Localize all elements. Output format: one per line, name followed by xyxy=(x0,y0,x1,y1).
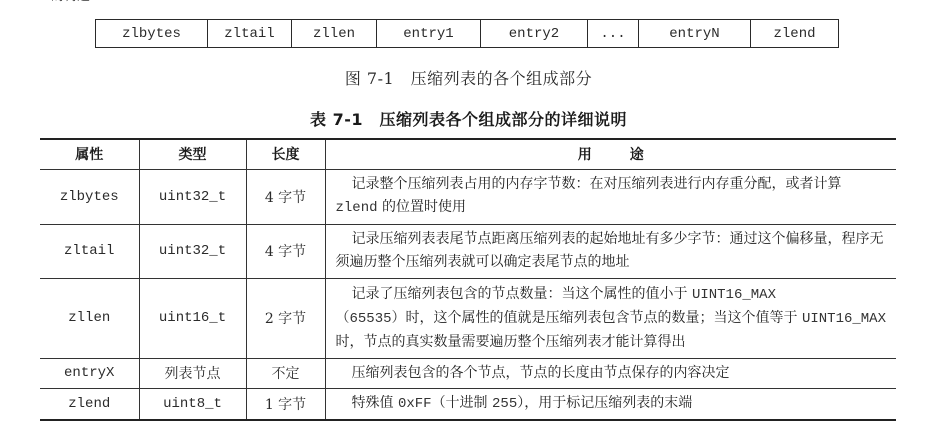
truncated-text-fragment: …的构造 xyxy=(38,0,118,3)
diagram-cell-ellipsis: ... xyxy=(588,20,639,47)
cell-length: 4 字节 xyxy=(246,169,325,224)
diagram-cell-entry2: entry2 xyxy=(481,20,588,47)
usage-text: 时，这个属性的值就是压缩列表包含节点的数量；当这个值等于 xyxy=(406,310,802,326)
usage-text: ），用于标记压缩列表的末端 xyxy=(517,395,692,411)
diagram-cell-zllen: zllen xyxy=(292,20,377,47)
header-attribute: 属性 xyxy=(40,139,139,169)
usage-text: 的位置时使用 xyxy=(378,199,466,215)
cell-usage: 记录整个压缩列表占用的内存字节数：在对压缩列表进行内存重分配，或者计算 zlen… xyxy=(325,169,896,224)
header-type: 类型 xyxy=(139,139,246,169)
table-row: entryX 列表节点 不定 压缩列表包含的各个节点，节点的长度由节点保存的内容… xyxy=(40,358,896,388)
usage-text: 记录整个压缩列表占用的内存字节数：在对压缩列表进行内存重分配，或者计算 xyxy=(352,176,842,192)
cell-type: uint16_t xyxy=(139,278,246,358)
usage-code: 255 xyxy=(492,396,517,412)
diagram-cell-entryN: entryN xyxy=(639,20,751,47)
usage-code: UINT16_MAX xyxy=(802,311,886,327)
cell-type: uint32_t xyxy=(139,169,246,224)
table-row: zltail uint32_t 4 字节 记录压缩列表表尾节点距离压缩列表的起始… xyxy=(40,224,896,278)
table-header-row: 属性 类型 长度 用途 xyxy=(40,139,896,169)
diagram-cell-entry1: entry1 xyxy=(377,20,481,47)
usage-code: 0xFF xyxy=(398,396,432,412)
usage-code: UINT16_MAX xyxy=(692,287,776,303)
cell-attribute: zltail xyxy=(40,224,139,278)
header-usage: 用途 xyxy=(325,139,896,169)
ziplist-structure-diagram: zlbytes zltail zllen entry1 entry2 ... e… xyxy=(95,19,839,48)
usage-text: 特殊值 xyxy=(352,395,398,411)
cell-attribute: entryX xyxy=(40,358,139,388)
figure-caption: 图 7-1 压缩列表的各个组成部分 xyxy=(0,66,937,89)
usage-text: （十进制 xyxy=(432,395,492,411)
cell-attribute: zlend xyxy=(40,388,139,420)
diagram-cell-zlend: zlend xyxy=(751,20,838,47)
diagram-cell-zlbytes: zlbytes xyxy=(96,20,208,47)
cell-usage: 特殊值 0xFF（十进制 255），用于标记压缩列表的末端 xyxy=(325,388,896,420)
table-row: zlbytes uint32_t 4 字节 记录整个压缩列表占用的内存字节数：在… xyxy=(40,169,896,224)
cell-type: uint8_t xyxy=(139,388,246,420)
diagram-cell-zltail: zltail xyxy=(208,20,292,47)
usage-text: 记录压缩列表表尾节点距离压缩列表的起始地址有多少字节：通过这个偏移量，程序无须遍… xyxy=(336,231,884,270)
usage-text: 压缩列表包含的各个节点，节点的长度由节点保存的内容决定 xyxy=(352,365,730,381)
usage-code: （65535） xyxy=(336,311,406,327)
table-row: zlend uint8_t 1 字节 特殊值 0xFF（十进制 255），用于标… xyxy=(40,388,896,420)
cell-usage: 压缩列表包含的各个节点，节点的长度由节点保存的内容决定 xyxy=(325,358,896,388)
cell-length: 2 字节 xyxy=(246,278,325,358)
cell-attribute: zllen xyxy=(40,278,139,358)
cell-type: uint32_t xyxy=(139,224,246,278)
cell-attribute: zlbytes xyxy=(40,169,139,224)
usage-code: zlend xyxy=(336,200,378,216)
table-row: zllen uint16_t 2 字节 记录了压缩列表包含的节点数量：当这个属性… xyxy=(40,278,896,358)
cell-length: 不定 xyxy=(246,358,325,388)
usage-text: 记录了压缩列表包含的节点数量：当这个属性的值小于 xyxy=(352,286,692,302)
ziplist-components-table: 属性 类型 长度 用途 zlbytes uint32_t 4 字节 记录整个压缩… xyxy=(40,138,896,421)
cell-usage: 记录了压缩列表包含的节点数量：当这个属性的值小于 UINT16_MAX（6553… xyxy=(325,278,896,358)
header-length: 长度 xyxy=(246,139,325,169)
cell-type: 列表节点 xyxy=(139,358,246,388)
table-caption: 表 7-1 压缩列表各个组成部分的详细说明 xyxy=(0,107,937,130)
cell-length: 4 字节 xyxy=(246,224,325,278)
usage-text: 时，节点的真实数量需要遍历整个压缩列表才能计算得出 xyxy=(336,334,686,350)
cell-length: 1 字节 xyxy=(246,388,325,420)
cell-usage: 记录压缩列表表尾节点距离压缩列表的起始地址有多少字节：通过这个偏移量，程序无须遍… xyxy=(325,224,896,278)
